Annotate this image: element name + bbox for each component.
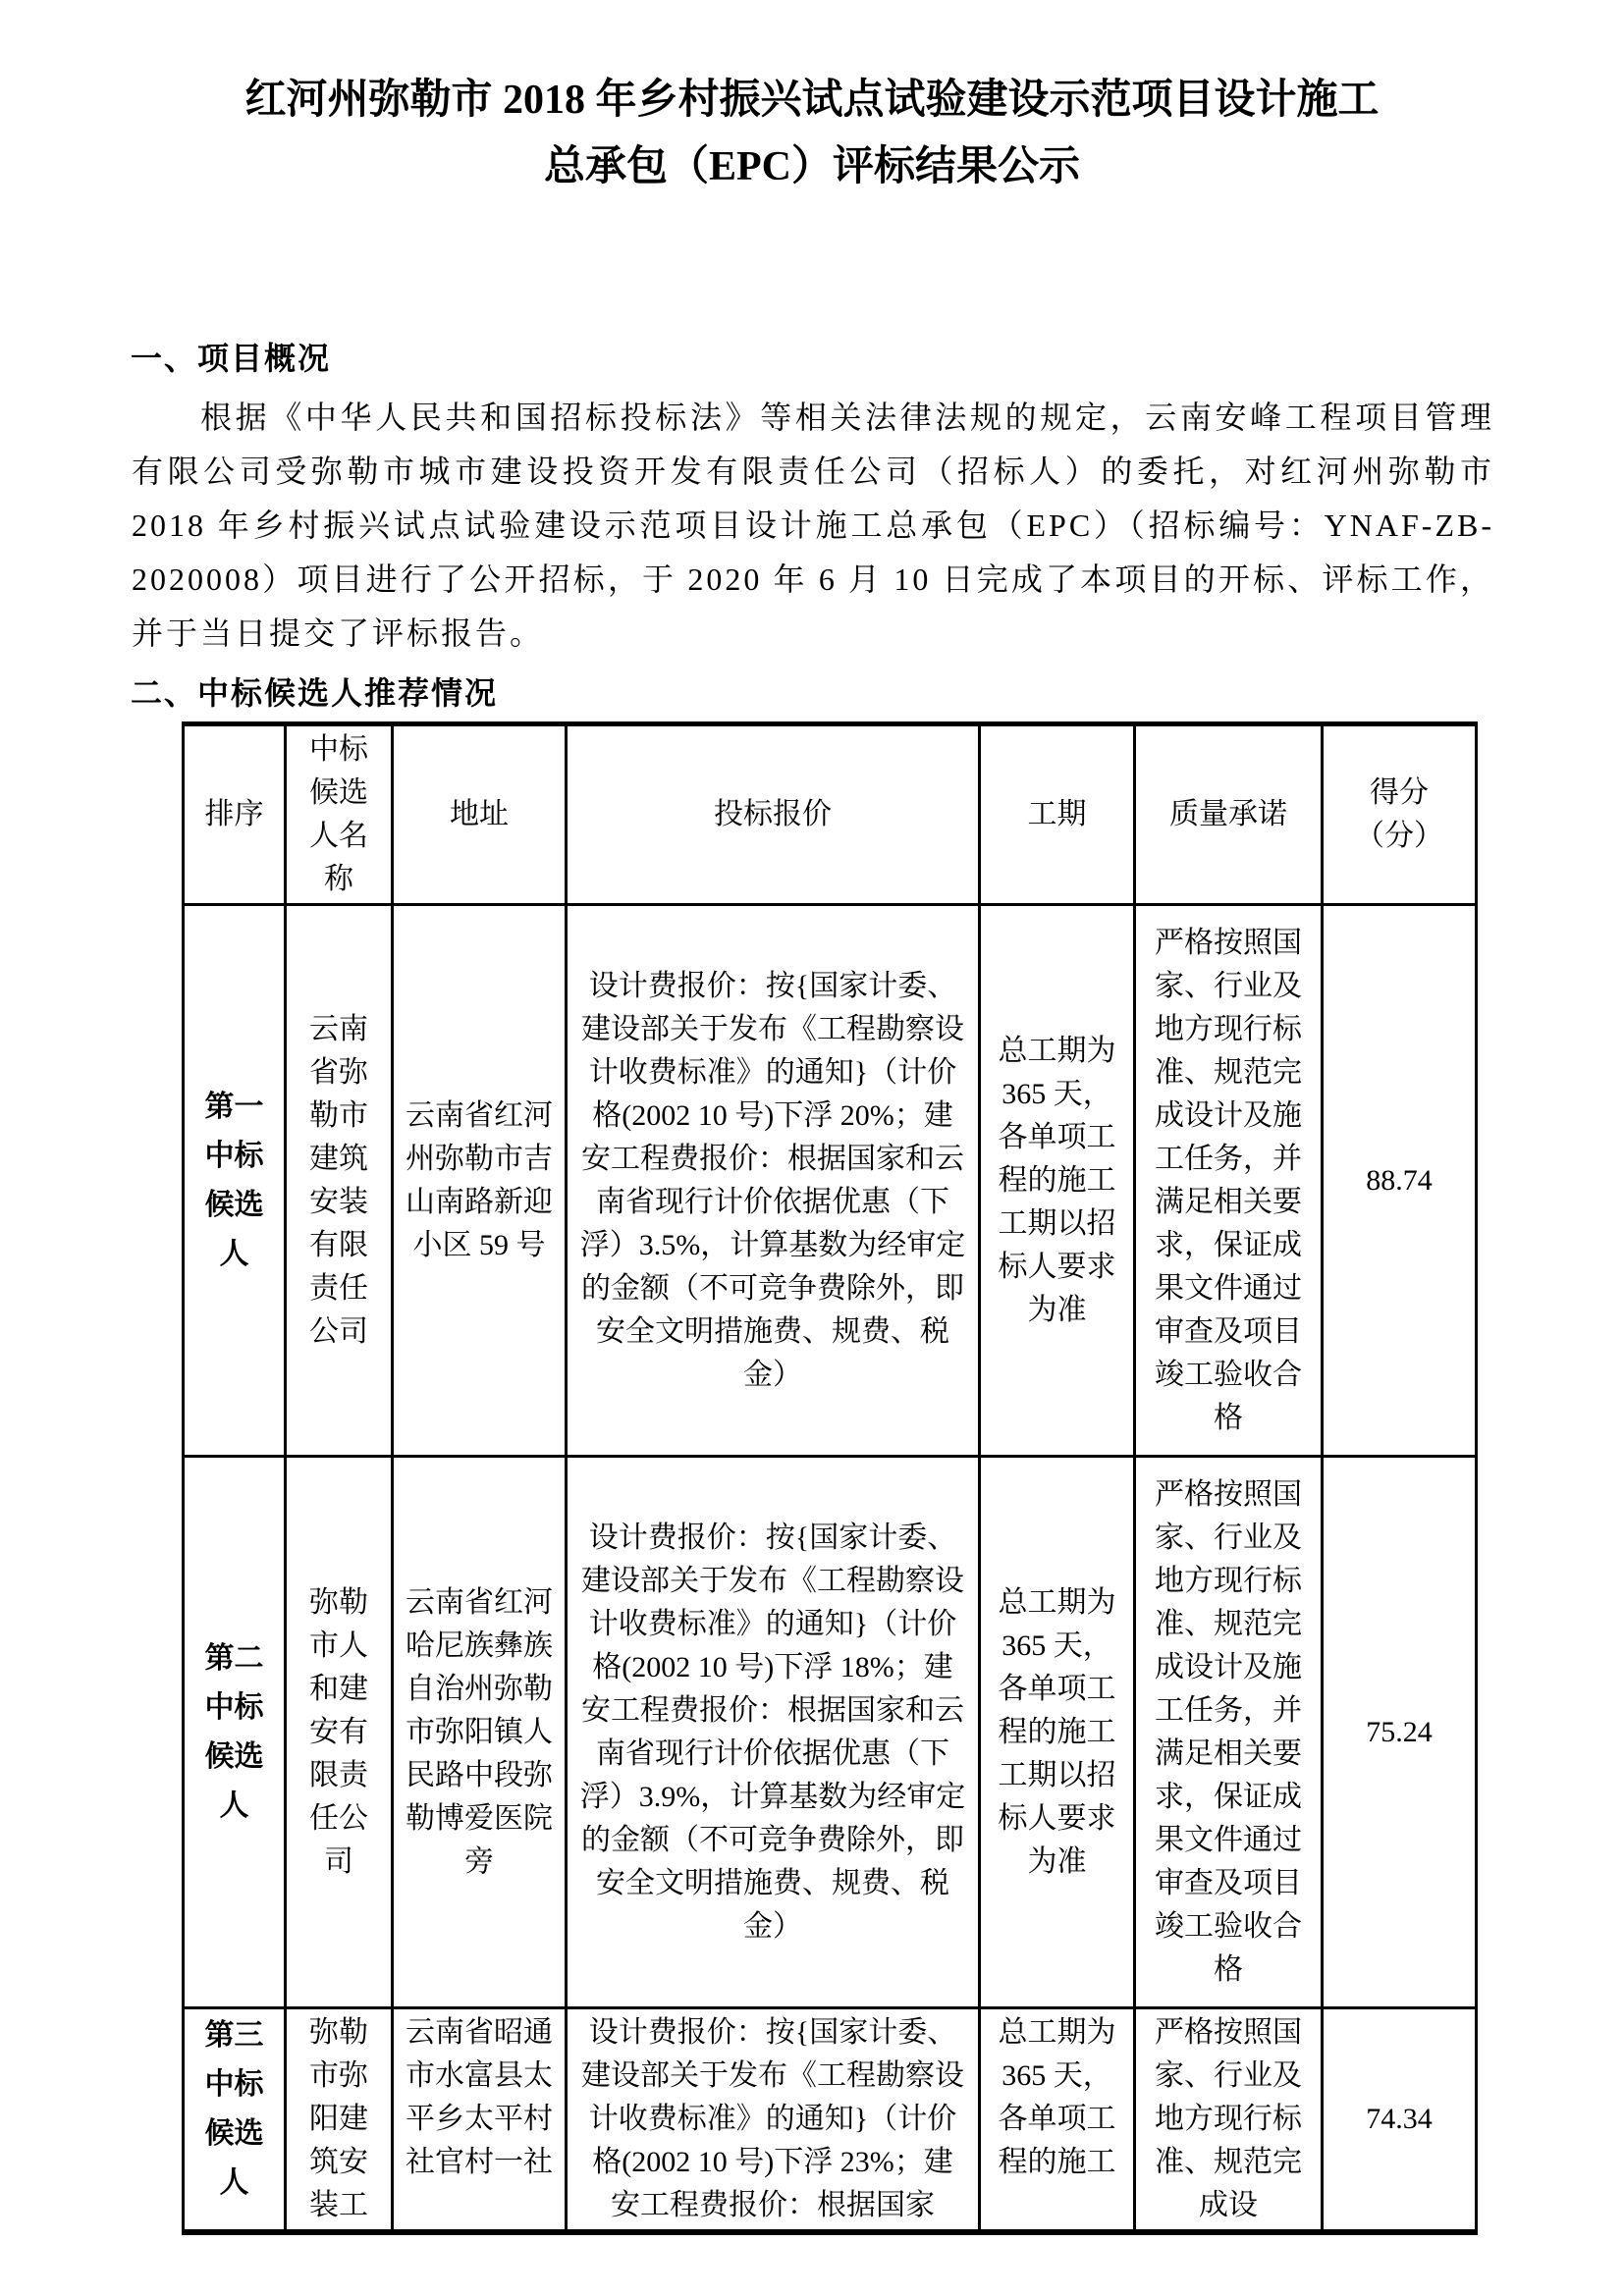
cell-bid: 设计费报价：按{国家计委、建设部关于发布《工程勘察设计收费标准》的通知}（计价格…: [567, 1457, 980, 2008]
col-header-duration: 工期: [980, 724, 1135, 905]
cell-name: 云南省弥勒市建筑安装有限责任公司: [286, 905, 393, 1457]
cell-bid: 设计费报价：按{国家计委、建设部关于发布《工程勘察设计收费标准》的通知}（计价格…: [567, 2008, 980, 2233]
cell-bid: 设计费报价：按{国家计委、建设部关于发布《工程勘察设计收费标准》的通知}（计价格…: [567, 905, 980, 1457]
col-header-rank: 排序: [184, 724, 286, 905]
cell-duration: 总工期为 365 天，各单项工程的施工: [980, 2008, 1135, 2233]
col-header-score: 得分 （分）: [1323, 724, 1477, 905]
cell-address: 云南省昭通市水富县太平乡太平村社官村一社: [393, 2008, 567, 2233]
table-header-row: 排序 中标候选人名称 地址 投标报价 工期 质量承诺 得分 （分）: [184, 724, 1477, 905]
cell-rank: 第二中标候选人: [184, 1457, 286, 2008]
cell-score: 88.74: [1323, 905, 1477, 1457]
table-row: 第三中标候选人 弥勒市弥阳建筑安装工 云南省昭通市水富县太平乡太平村社官村一社 …: [184, 2008, 1477, 2233]
cell-name: 弥勒市弥阳建筑安装工: [286, 2008, 393, 2233]
cell-quality: 严格按照国家、行业及地方现行标准、规范完成设计及施工任务，并满足相关要求，保证成…: [1135, 905, 1323, 1457]
cell-name: 弥勒市人和建安有限责任公司: [286, 1457, 393, 2008]
cell-address: 云南省红河哈尼族彝族自治州弥勒市弥阳镇人民路中段弥勒博爱医院旁: [393, 1457, 567, 2008]
col-header-quality: 质量承诺: [1135, 724, 1323, 905]
document-page: 红河州弥勒市 2018 年乡村振兴试点试验建设示范项目设计施工 总承包（EPC）…: [0, 0, 1624, 2296]
section1-paragraph: 根据《中华人民共和国招标投标法》等相关法律法规的规定，云南安峰工程项目管理有限公…: [132, 391, 1494, 661]
cell-address: 云南省红河州弥勒市吉山南路新迎小区 59 号: [393, 905, 567, 1457]
cell-rank: 第三中标候选人: [184, 2008, 286, 2233]
col-header-address: 地址: [393, 724, 567, 905]
cell-score: 75.24: [1323, 1457, 1477, 2008]
col-header-bid: 投标报价: [567, 724, 980, 905]
cell-score: 74.34: [1323, 2008, 1477, 2233]
cell-quality: 严格按照国家、行业及地方现行标准、规范完成设计及施工任务，并满足相关要求，保证成…: [1135, 1457, 1323, 2008]
table-row: 第一中标候选人 云南省弥勒市建筑安装有限责任公司 云南省红河州弥勒市吉山南路新迎…: [184, 905, 1477, 1457]
cell-quality: 严格按照国家、行业及地方现行标准、规范完成设: [1135, 2008, 1323, 2233]
cell-duration: 总工期为 365 天，各单项工程的施工工期以招标人要求为准: [980, 905, 1135, 1457]
section2-heading: 二、中标候选人推荐情况: [131, 672, 1624, 714]
table-row: 第二中标候选人 弥勒市人和建安有限责任公司 云南省红河哈尼族彝族自治州弥勒市弥阳…: [184, 1457, 1477, 2008]
bid-candidates-table: 排序 中标候选人名称 地址 投标报价 工期 质量承诺 得分 （分） 第一中标候选…: [182, 721, 1478, 2235]
document-title: 红河州弥勒市 2018 年乡村振兴试点试验建设示范项目设计施工 总承包（EPC）…: [0, 0, 1624, 200]
col-header-name: 中标候选人名称: [286, 724, 393, 905]
section1-heading: 一、项目概况: [131, 338, 1624, 379]
cell-rank: 第一中标候选人: [184, 905, 286, 1457]
cell-duration: 总工期为 365 天，各单项工程的施工工期以招标人要求为准: [980, 1457, 1135, 2008]
